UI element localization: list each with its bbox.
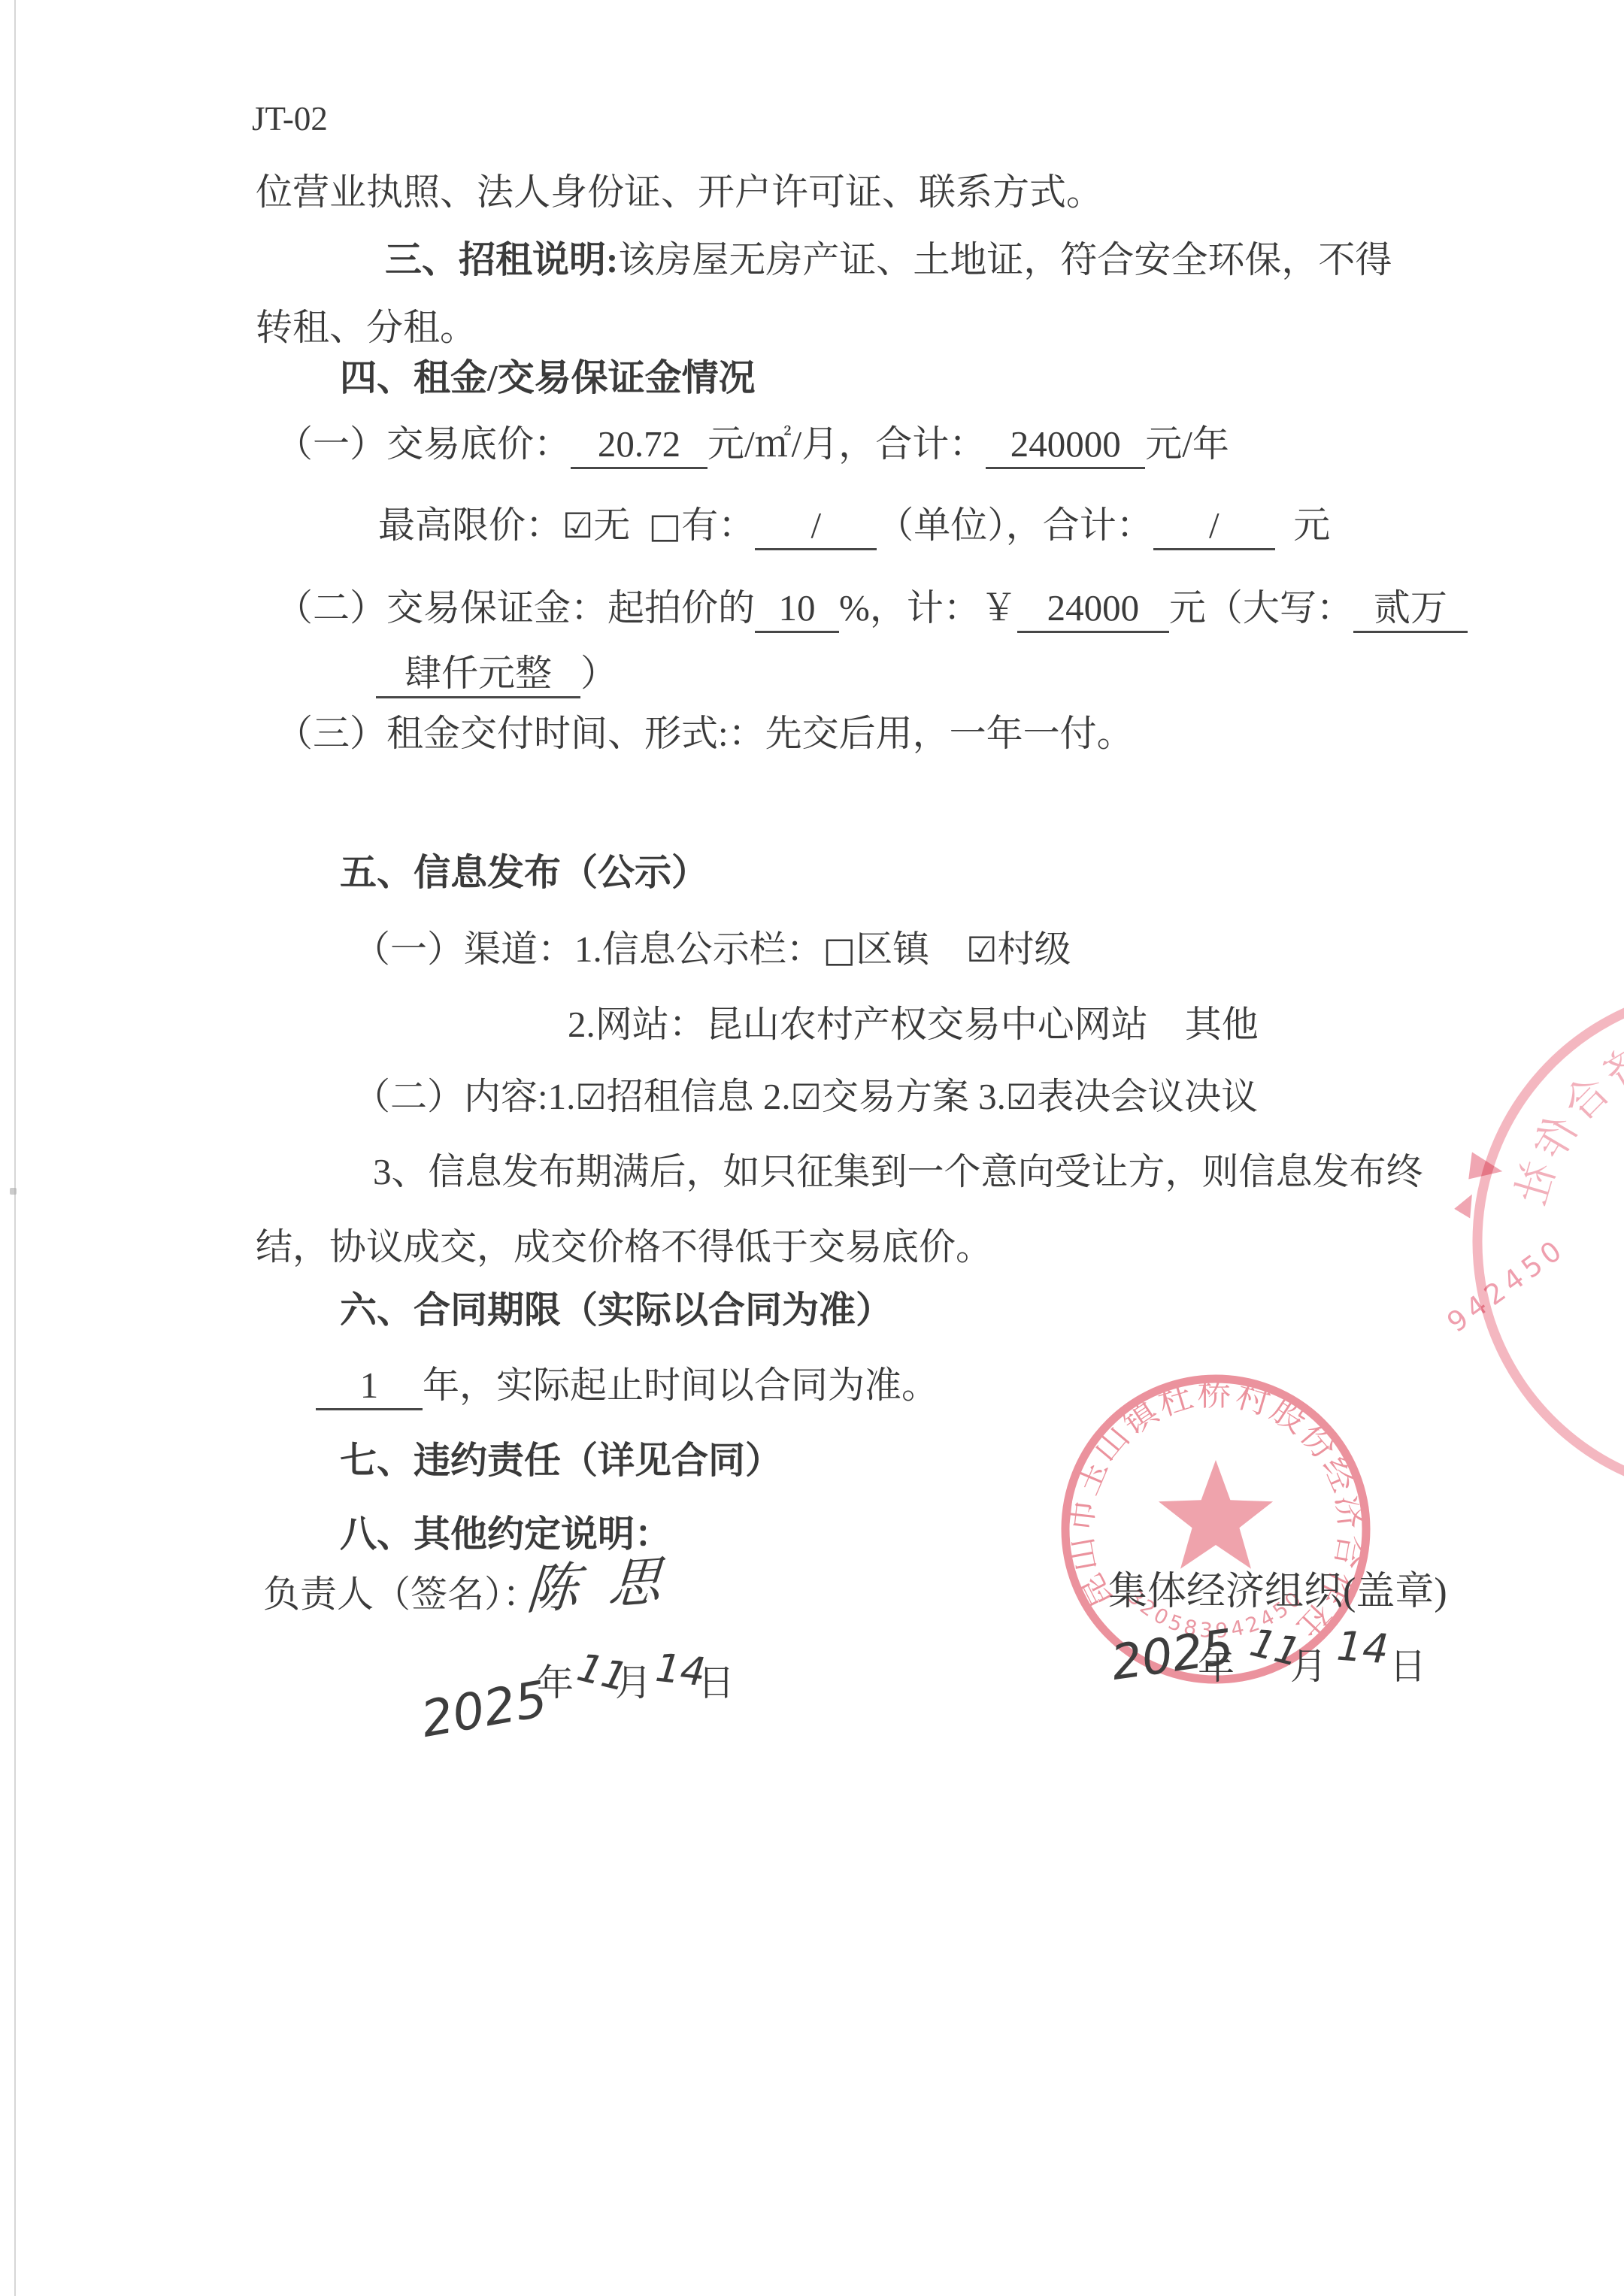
left-date-year-handwritten: 2025: [417, 1670, 552, 1749]
left-date-day-label: 日: [698, 1654, 735, 1707]
scan-edge-line: [14, 0, 16, 2296]
section3-line: 三、招租说明:该房屋无房产证、土地证，符合安全环保，不得: [385, 237, 1392, 283]
term-line: 1年，实际起止时间以合同为准。: [316, 1362, 938, 1410]
right-date-day-handwritten: 14: [1335, 1622, 1390, 1674]
channel-option-district: 区镇: [856, 928, 929, 970]
base-price-prefix: （一）交易底价：: [276, 423, 571, 465]
section3-label: 三、招租说明:: [385, 239, 618, 280]
channel-prefix: （一）渠道：1.信息公示栏：: [353, 928, 823, 970]
corner-stamp-org-text: 昆山市玉山镇杜桥村股份经济合作社: [1484, 979, 1624, 1473]
content-line: （二）内容:1.☑招租信息 2.☑交易方案 3.☑表决会议决议: [353, 1074, 1258, 1119]
base-price-mid: 元/㎡/月，合计：: [707, 423, 986, 465]
checkbox-checked-icon: ☑: [575, 1077, 606, 1117]
right-date-day-label: 日: [1389, 1637, 1426, 1690]
base-price-line: （一）交易底价：20.72元/㎡/月，合计：240000元/年: [276, 421, 1229, 469]
deposit-caps-part2: 肆仟元整: [376, 650, 580, 698]
responsible-person-label: 负责人（签名）：: [263, 1571, 540, 1617]
content-item2: 交易方案 3.: [822, 1076, 1006, 1117]
content-item1: 招租信息 2.: [607, 1076, 791, 1117]
deposit-amount: 24000: [1017, 585, 1169, 633]
max-price-none-label: 无: [593, 504, 630, 546]
term-text: 年，实际起止时间以合同为准。: [423, 1365, 938, 1406]
checkbox-checked-icon: ☑: [1006, 1077, 1037, 1117]
right-date-year-label: 年: [1198, 1637, 1235, 1690]
checkbox-checked-icon: ☑: [562, 505, 593, 546]
left-date-year-label: 年: [537, 1654, 574, 1707]
content-item3: 表决会议决议: [1037, 1076, 1258, 1117]
base-price-suffix: 元/年: [1145, 423, 1229, 465]
section4-title: 四、租金/交易保证金情况: [340, 355, 756, 401]
deposit-mid: %，计：￥: [839, 587, 1017, 629]
max-price-line: 最高限价：☑无 □有：/（单位），合计：/ 元: [378, 502, 1330, 550]
deposit-percent: 10: [755, 585, 839, 633]
deposit-line: （二）交易保证金：起拍价的10%，计：￥24000元（大写：贰万: [276, 585, 1468, 633]
max-price-total-slash: /: [1153, 502, 1275, 550]
section3-text: 该房屋无房产证、土地证，符合安全环保，不得: [618, 239, 1392, 280]
collective-org-seal-label: 集体经济组织(盖章): [1108, 1568, 1447, 1616]
checkbox-checked-icon: ☑: [966, 929, 997, 970]
checkbox-unchecked-icon: □: [649, 505, 681, 546]
max-price-slash: /: [755, 502, 877, 550]
base-price-total: 240000: [986, 421, 1145, 469]
channel-line: （一）渠道：1.信息公示栏：□区镇 ☑村级: [353, 926, 1071, 972]
deposit-caps-line: 肆仟元整）: [376, 650, 617, 698]
checkbox-checked-icon: ☑: [791, 1077, 822, 1117]
section7-title: 七、违约责任（详见合同）: [340, 1437, 782, 1483]
svg-text:昆山市玉山镇杜桥村股份经济合作社: 昆山市玉山镇杜桥村股份经济合作社: [1484, 979, 1624, 1473]
publish-note-line1: 3、信息发布期满后，如只征集到一个意向受让方，则信息发布终: [373, 1149, 1423, 1195]
base-price-value: 20.72: [571, 421, 707, 469]
content-prefix: （二）内容:1.: [353, 1076, 575, 1117]
max-price-mid: （单位），合计：: [877, 504, 1153, 546]
publish-note-line2: 结，协议成交，成交价格不得低于交易底价。: [256, 1224, 992, 1270]
checkbox-unchecked-icon: □: [823, 929, 856, 970]
section5-title: 五、信息发布（公示）: [340, 850, 708, 895]
deposit-close-paren: ）: [580, 653, 617, 694]
intro-line: 位营业执照、法人身份证、开户许可证、联系方式。: [256, 169, 1103, 215]
deposit-prefix: （二）交易保证金：起拍价的: [276, 587, 755, 629]
main-stamp-star-icon: [1159, 1460, 1273, 1569]
website-line: 2.网站：昆山农村产权交易中心网站 其他: [568, 1001, 1259, 1047]
max-price-suffix: 元: [1293, 504, 1330, 546]
payment-terms-line: （三）租金交付时间、形式:：先交后用，一年一付。: [276, 710, 1134, 756]
section6-title: 六、合同期限（实际以合同为准）: [340, 1287, 892, 1333]
right-date-month-label: 月: [1290, 1637, 1327, 1690]
term-years: 1: [316, 1362, 423, 1410]
left-date-month-label: 月: [615, 1654, 652, 1707]
responsible-person-signature: 陈思: [524, 1537, 695, 1625]
max-price-prefix: 最高限价：: [378, 504, 562, 546]
max-price-has-label: 有：: [681, 504, 755, 546]
deposit-mid2: 元（大写：: [1169, 587, 1353, 629]
deposit-caps-part1: 贰万: [1353, 585, 1468, 633]
form-code: JT-02: [252, 98, 328, 140]
scan-artifact-dot: [10, 1188, 17, 1195]
channel-option-village: 村级: [998, 928, 1071, 970]
scanned-document-page: 昆山市玉山镇杜桥村股份经济合作社 942450 昆山市玉山镇杜桥村股份经济合作社…: [0, 0, 1624, 2296]
section3-continuation: 转租、分租。: [256, 304, 477, 350]
